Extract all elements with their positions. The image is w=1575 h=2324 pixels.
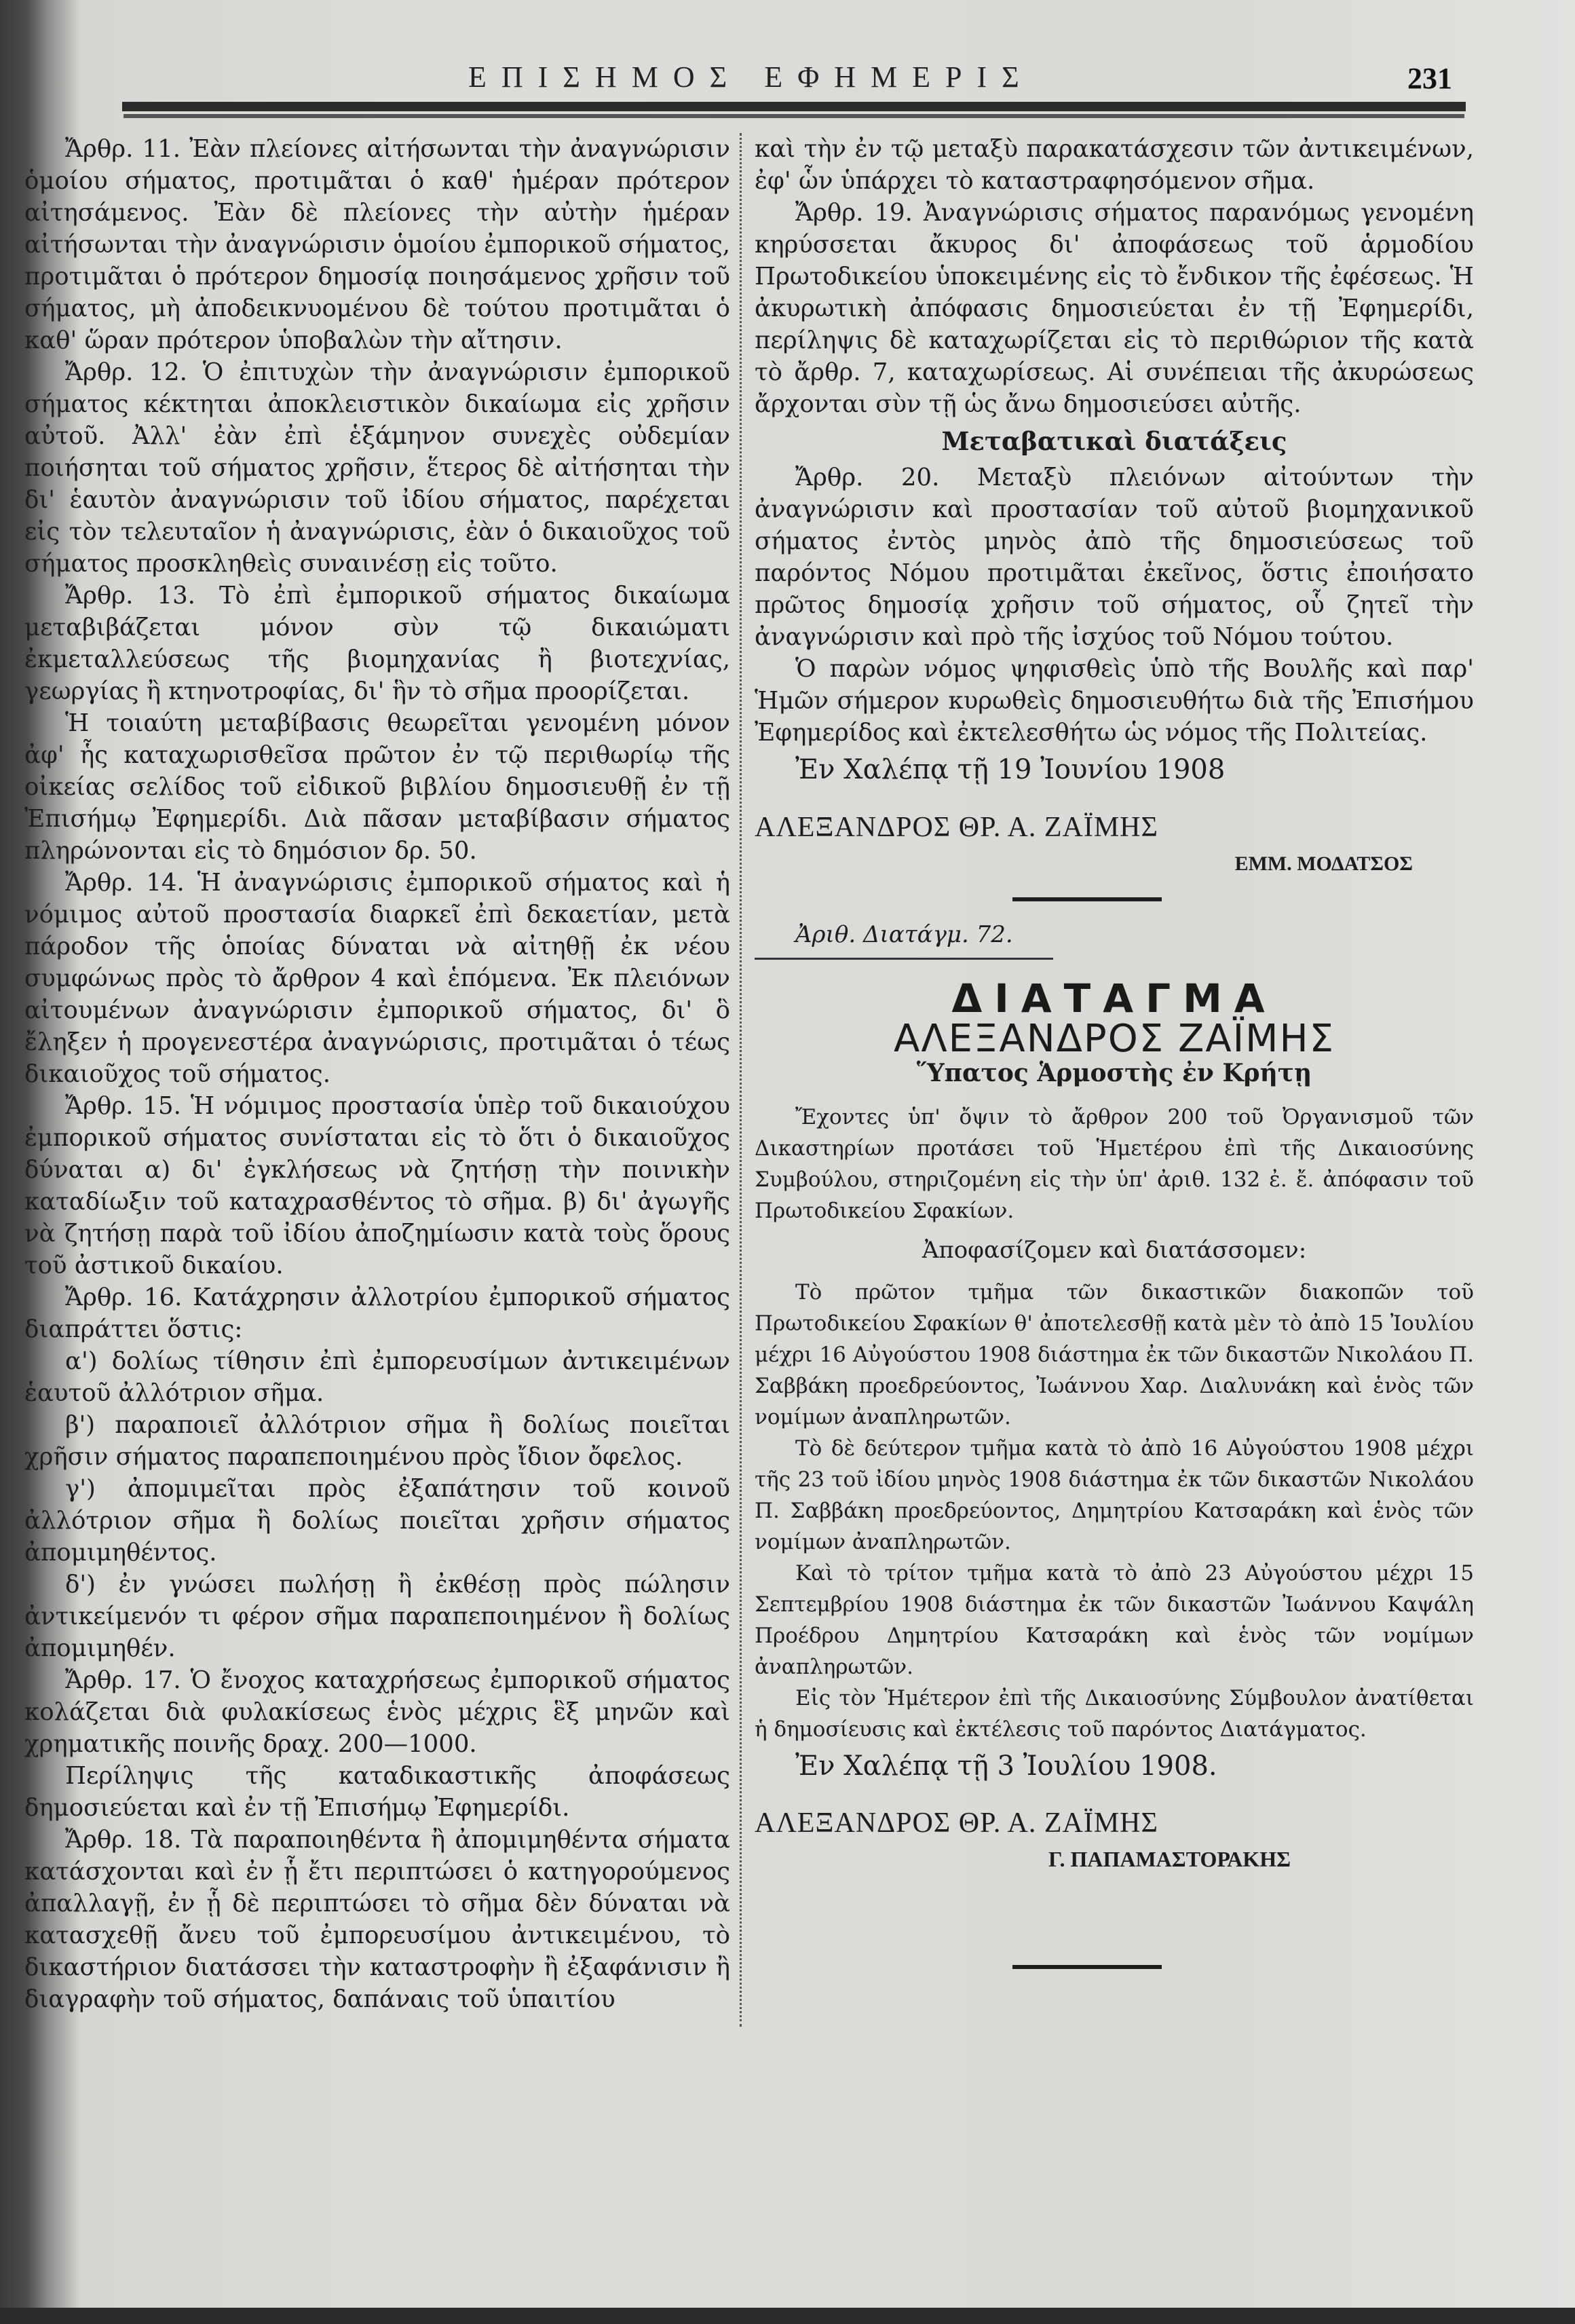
decree-office: Ὕπατος Ἁρμοστὴς ἐν Κρήτῃ xyxy=(755,1057,1474,1089)
decree-date: Ἐν Χαλέπᾳ τῇ 3 Ἰουλίου 1908. xyxy=(755,1750,1474,1782)
decree-number: Ἀριθ. Διατάγμ. 72. xyxy=(755,919,1053,960)
article-13: Ἄρθρ. 13. Τὸ ἐπὶ ἐμπορικοῦ σήματος δικαί… xyxy=(24,580,730,707)
article-16-b: β') παραποιεῖ ἀλλότριον σῆμα ἢ δολίως πο… xyxy=(24,1409,730,1473)
article-20: Ἄρθρ. 20. Μεταξὺ πλειόνων αἰτούντων τὴν … xyxy=(755,462,1474,653)
article-18: Ἄρθρ. 18. Τὰ παραποιηθέντα ἢ ἀπομιμηθέντ… xyxy=(24,1824,730,2015)
law-signatory: ΑΛΕΞΑΝΔΡΟΣ ΘΡ. Α. ΖΑΪΜΗΣ xyxy=(755,812,1474,844)
law-date: Ἐν Χαλέπᾳ τῇ 19 Ἰουνίου 1908 xyxy=(755,754,1474,786)
decree-clause: Εἰς τὸν Ἡμέτερον ἐπὶ τῆς Δικαιοσύνης Σύμ… xyxy=(755,1683,1474,1745)
page-number: 231 xyxy=(1407,61,1452,96)
right-column: καὶ τὴν ἐν τῷ μεταξὺ παρακατάσχεσιν τῶν … xyxy=(755,133,1474,1969)
scanned-page: ΕΠΙΣΗΜΟΣ ΕΦΗΜΕΡΙΣ 231 Ἄρθρ. 11. Ἐὰν πλεί… xyxy=(0,0,1575,2324)
decree-preamble: Ἔχοντες ὑπ' ὄψιν τὸ ἄρθρον 200 τοῦ Ὀργαν… xyxy=(755,1102,1474,1226)
page-header: ΕΠΙΣΗΜΟΣ ΕΦΗΜΕΡΙΣ 231 xyxy=(122,60,1466,107)
decree-clause: Καὶ τὸ τρίτον τμῆμα κατὰ τὸ ἀπὸ 23 Αὐγού… xyxy=(755,1558,1474,1683)
article-16-d: δ') ἐν γνώσει πωλήσῃ ἢ ἐκθέσῃ πρὸς πώλησ… xyxy=(24,1569,730,1664)
article-15: Ἄρθρ. 15. Ἡ νόμιμος προστασία ὑπὲρ τοῦ δ… xyxy=(24,1090,730,1281)
end-separator xyxy=(1012,1965,1162,1969)
law-minister: ΕΜΜ. ΜΟΔΑΤΣΟΣ xyxy=(755,848,1474,880)
decree-signatory: ΑΛΕΞΑΝΔΡΟΣ ΘΡ. Α. ΖΑΪΜΗΣ xyxy=(755,1807,1474,1839)
section-separator xyxy=(1012,897,1162,901)
decree-body: Ἔχοντες ὑπ' ὄψιν τὸ ἄρθρον 200 τοῦ Ὀργαν… xyxy=(755,1102,1474,1782)
header-rule xyxy=(122,102,1466,114)
article-18-continued: καὶ τὴν ἐν τῷ μεταξὺ παρακατάσχεσιν τῶν … xyxy=(755,133,1474,197)
article-11: Ἄρθρ. 11. Ἐὰν πλείονες αἰτήσωνται τὴν ἀν… xyxy=(24,133,730,356)
article-19: Ἄρθρ. 19. Ἀναγνώρισις σήματος παρανόμως … xyxy=(755,197,1474,420)
article-17-summary: Περίληψις τῆς καταδικαστικῆς ἀποφάσεως δ… xyxy=(24,1760,730,1824)
article-16-a: α') δολίως τίθησιν ἐπὶ ἐμπορευσίμων ἀντι… xyxy=(24,1345,730,1409)
article-17: Ἄρθρ. 17. Ὁ ἔνοχος καταχρήσεως ἐμπορικοῦ… xyxy=(24,1664,730,1760)
article-16: Ἄρθρ. 16. Κατάχρησιν ἀλλοτρίου ἐμπορικοῦ… xyxy=(24,1281,730,1345)
article-14: Ἄρθρ. 14. Ἡ ἀναγνώρισις ἐμπορικοῦ σήματο… xyxy=(24,867,730,1090)
decree-minister: Γ. ΠΑΠΑΜΑΣΤΟΡΑΚΗΣ xyxy=(755,1843,1474,1875)
article-12: Ἄρθρ. 12. Ὁ ἐπιτυχὼν τὴν ἀναγνώρισιν ἐμπ… xyxy=(24,356,730,580)
article-16-c: γ') ἀπομιμεῖται πρὸς ἐξαπάτησιν τοῦ κοιν… xyxy=(24,1473,730,1569)
left-column: Ἄρθρ. 11. Ἐὰν πλείονες αἰτήσωνται τὴν ἀν… xyxy=(24,133,730,2015)
publication-title: ΕΠΙΣΗΜΟΣ ΕΦΗΜΕΡΙΣ xyxy=(468,60,1034,94)
scan-bottom-edge xyxy=(0,2308,1575,2324)
decree-title: ΔΙΑΤΑΓΜΑ xyxy=(755,983,1474,1015)
decree-clause: Τὸ πρῶτον τμῆμα τῶν δικαστικῶν διακοπῶν … xyxy=(755,1277,1474,1433)
column-divider xyxy=(740,133,742,2027)
decree-issuer: ΑΛΕΞΑΝΔΡΟΣ ΖΑΪΜΗΣ xyxy=(755,1023,1474,1055)
decree-resolve: Ἀποφασίζομεν καὶ διατάσσομεν: xyxy=(755,1235,1474,1266)
decree-clause: Τὸ δὲ δεύτερον τμῆμα κατὰ τὸ ἀπὸ 16 Αὐγο… xyxy=(755,1433,1474,1558)
enactment-clause: Ὁ παρὼν νόμος ψηφισθεὶς ὑπὸ τῆς Βουλῆς κ… xyxy=(755,653,1474,749)
article-13-transfer: Ἡ τοιαύτη μεταβίβασις θεωρεῖται γενομένη… xyxy=(24,707,730,867)
transitional-provisions-heading: Μεταβατικαὶ διατάξεις xyxy=(755,426,1474,457)
